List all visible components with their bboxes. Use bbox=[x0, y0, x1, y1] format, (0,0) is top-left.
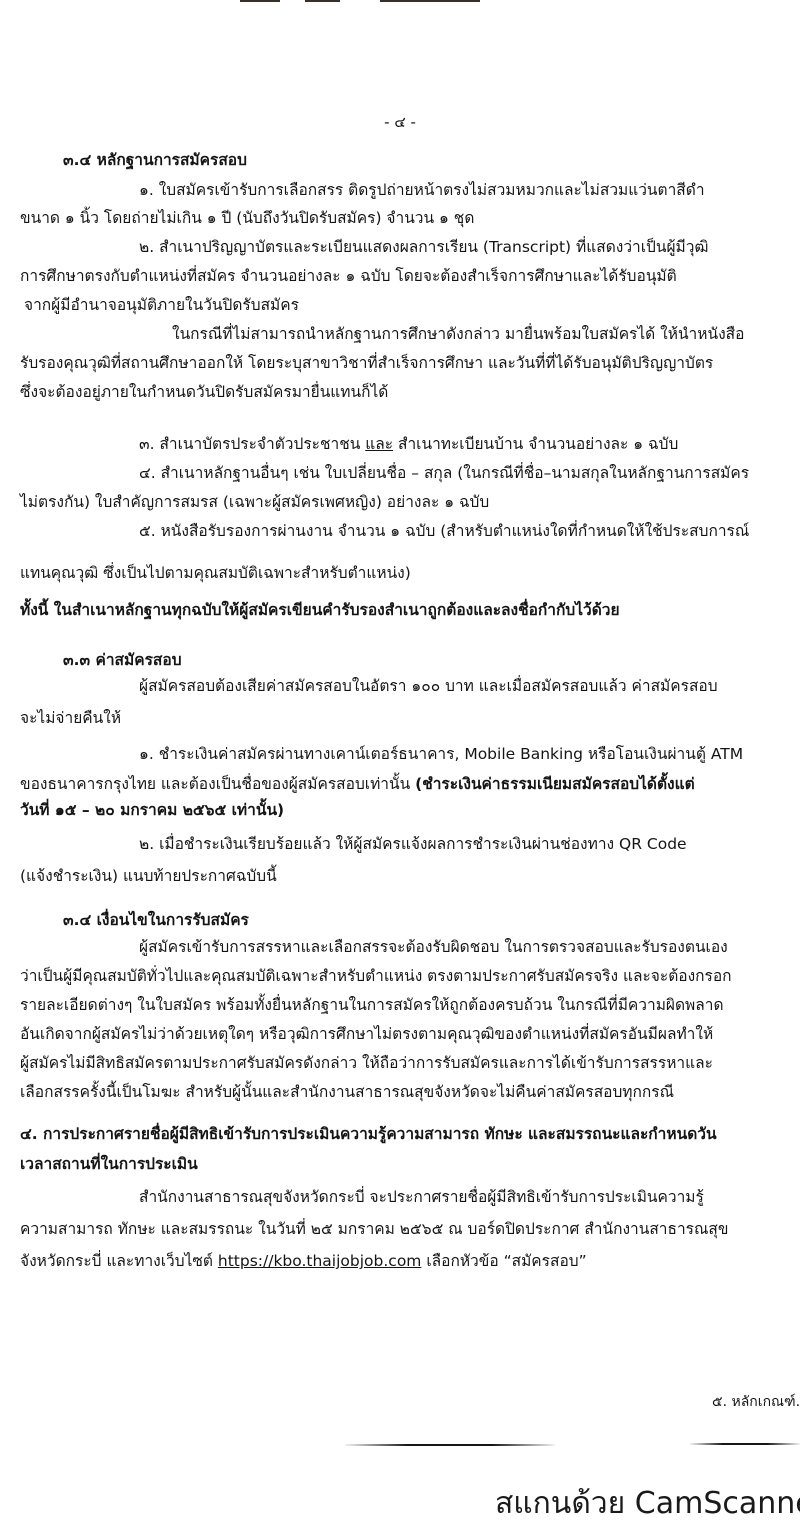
text-span: เลือกหัวข้อ “สมัครสอบ” bbox=[421, 1252, 586, 1270]
paragraph-line: ๑. ชำระเงินค่าสมัครผ่านทางเคาน์เตอร์ธนาค… bbox=[139, 744, 800, 764]
paragraph-line: อันเกิดจากผู้สมัครไม่ว่าด้วยเหตุใดๆ หรือ… bbox=[20, 1024, 800, 1044]
paragraph-line: ว่าเป็นผู้มีคุณสมบัติทั่วไปและคุณสมบัติเ… bbox=[20, 966, 800, 986]
section-heading: ๓.๔ หลักฐานการสมัครสอบ bbox=[63, 150, 800, 170]
paragraph-line: จากผู้มีอำนาจอนุมัติภายในวันปิดรับสมัคร bbox=[24, 295, 800, 315]
page-number: - ๔ - bbox=[0, 110, 800, 134]
paragraph-line: รับรองคุณวุฒิที่สถานศึกษาออกให้ โดยระบุส… bbox=[20, 353, 800, 373]
footer-divider-right bbox=[690, 1443, 800, 1445]
section-heading: เวลาสถานที่ในการประเมิน bbox=[20, 1154, 800, 1174]
paragraph-line: ในกรณีที่ไม่สามารถนำหลักฐานการศึกษาดังกล… bbox=[172, 324, 800, 344]
website-link[interactable]: https://kbo.thaijobjob.com bbox=[218, 1252, 422, 1270]
scan-edge-marks bbox=[0, 0, 800, 4]
section-heading: ๓.๓ ค่าสมัครสอบ bbox=[63, 650, 800, 670]
text-span: สำเนาทะเบียนบ้าน จำนวนอย่างละ ๑ ฉบับ bbox=[393, 435, 678, 453]
paragraph-line: รายละเอียดต่างๆ ในใบสมัคร พร้อมทั้งยื่นห… bbox=[20, 995, 800, 1015]
continuation-note: ๕. หลักเกณฑ์... bbox=[712, 1392, 800, 1412]
paragraph-line: ของธนาคารกรุงไทย และต้องเป็นชื่อของผู้สม… bbox=[20, 774, 800, 794]
paragraph-line: ผู้สมัครเข้ารับการสรรหาและเลือกสรรจะต้อง… bbox=[139, 937, 800, 957]
paragraph-line: (แจ้งชำระเงิน) แนบท้ายประกาศฉบับนี้ bbox=[20, 866, 800, 886]
paragraph-line: ซึ่งจะต้องอยู่ภายในกำหนดวันปิดรับสมัครมา… bbox=[20, 382, 800, 402]
paragraph-line: ขนาด ๑ นิ้ว โดยถ่ายไม่เกิน ๑ ปี (นับถึงว… bbox=[20, 208, 800, 228]
paragraph-line: ๒. เมื่อชำระเงินเรียบร้อยแล้ว ให้ผู้สมัค… bbox=[139, 834, 800, 854]
paragraph-line: ผู้สมัครสอบต้องเสียค่าสมัครสอบในอัตรา ๑๐… bbox=[139, 676, 800, 696]
section-heading: ๓.๔ เงื่อนไขในการรับสมัคร bbox=[63, 910, 800, 930]
paragraph-line: ๑. ใบสมัครเข้ารับการเลือกสรร ติดรูปถ่ายห… bbox=[139, 180, 800, 200]
section-heading: ทั้งนี้ ในสำเนาหลักฐานทุกฉบับให้ผู้สมัคร… bbox=[20, 600, 800, 620]
paragraph-line: เลือกสรรครั้งนี้เป็นโมฆะ สำหรับผู้นั้นแล… bbox=[20, 1082, 800, 1102]
paragraph-line: การศึกษาตรงกับตำแหน่งที่สมัคร จำนวนอย่าง… bbox=[20, 266, 800, 286]
paragraph-line: จะไม่จ่ายคืนให้ bbox=[20, 708, 800, 728]
paragraph-line: สำนักงานสาธารณสุขจังหวัดกระบี่ จะประกาศร… bbox=[139, 1187, 800, 1207]
footer-divider-left bbox=[345, 1444, 555, 1446]
text-span: ของธนาคารกรุงไทย และต้องเป็นชื่อของผู้สม… bbox=[20, 775, 415, 793]
paragraph-line: แทนคุณวุฒิ ซึ่งเป็นไปตามคุณสมบัติเฉพาะสำ… bbox=[20, 563, 800, 583]
camscanner-watermark: สแกนด้วย CamScanner bbox=[495, 1480, 800, 1527]
paragraph-line: ๔. สำเนาหลักฐานอื่นๆ เช่น ใบเปลี่ยนชื่อ … bbox=[139, 463, 800, 483]
paragraph-line: ๒. สำเนาปริญญาบัตรและระเบียนแสดงผลการเรี… bbox=[139, 237, 800, 257]
section-heading: ๔. การประกาศรายชื่อผู้มีสิทธิเข้ารับการป… bbox=[20, 1124, 800, 1144]
paragraph-line: ไม่ตรงกัน) ใบสำคัญการสมรส (เฉพาะผู้สมัคร… bbox=[20, 492, 800, 512]
paragraph-line: ๕. หนังสือรับรองการผ่านงาน จำนวน ๑ ฉบับ … bbox=[139, 521, 800, 541]
paragraph-line: ๓. สำเนาบัตรประจำตัวประชาชน และ สำเนาทะเ… bbox=[139, 434, 800, 454]
text-span: (ชำระเงินค่าธรรมเนียมสมัครสอบได้ตั้งแต่ bbox=[415, 775, 695, 793]
paragraph-line: จังหวัดกระบี่ และทางเว็บไซต์ https://kbo… bbox=[20, 1251, 800, 1271]
paragraph-line: ผู้สมัครไม่มีสิทธิสมัครตามประกาศรับสมัคร… bbox=[20, 1053, 800, 1073]
text-span: จังหวัดกระบี่ และทางเว็บไซต์ bbox=[20, 1252, 218, 1270]
text-span: ๓. สำเนาบัตรประจำตัวประชาชน bbox=[139, 435, 365, 453]
section-heading: วันที่ ๑๕ – ๒๐ มกราคม ๒๕๖๕ เท่านั้น) bbox=[20, 800, 800, 820]
text-span: และ bbox=[365, 435, 393, 453]
paragraph-line: ความสามารถ ทักษะ และสมรรถนะ ในวันที่ ๒๕ … bbox=[20, 1219, 800, 1239]
